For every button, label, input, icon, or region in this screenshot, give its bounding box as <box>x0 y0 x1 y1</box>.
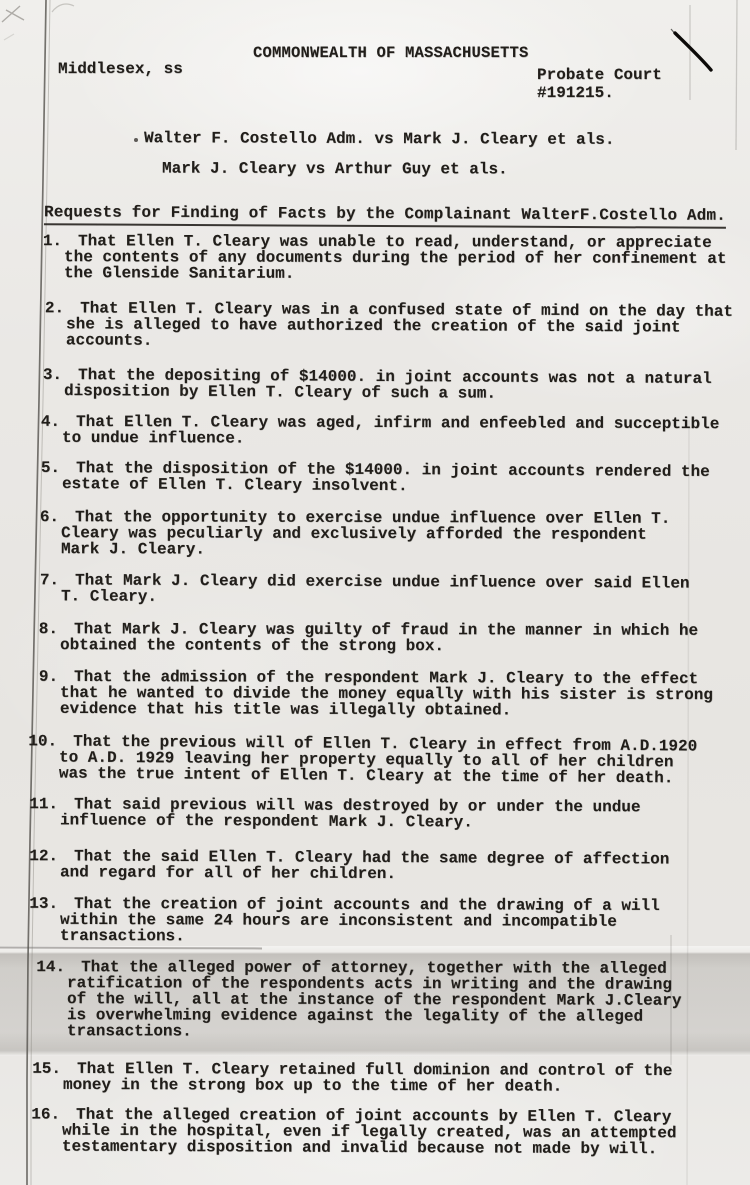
finding-item: 16.That the alleged creation of joint ac… <box>22 1107 744 1158</box>
finding-line: That Mark J. Cleary did exercise undue i… <box>61 573 743 592</box>
finding-number: 9. <box>20 670 58 686</box>
finding-item: 8.That Mark J. Cleary was guilty of frau… <box>20 622 742 656</box>
finding-line: the Glenside Sanitarium. <box>64 266 746 284</box>
finding-number: 6. <box>21 510 59 526</box>
finding-number: 13. <box>20 897 58 913</box>
finding-item: 10.That the previous will of Ellen T. Cl… <box>19 734 741 787</box>
finding-item: 13.That the creation of joint accounts a… <box>20 897 742 947</box>
finding-number: 4. <box>22 415 60 431</box>
document-page: COMMONWEALTH OF MASSACHUSETTS Middlesex,… <box>0 0 750 1185</box>
finding-number: 7. <box>21 573 59 589</box>
pencil-scribble-small <box>4 34 14 40</box>
finding-number: 15. <box>23 1062 61 1078</box>
document-title: COMMONWEALTH OF MASSACHUSETTS <box>253 44 529 62</box>
finding-number: 2. <box>26 301 64 317</box>
docket-number: #191215. <box>537 84 614 102</box>
finding-item: 3.That the depositing of $14000. in join… <box>24 368 746 404</box>
stray-ink-dot <box>134 138 138 142</box>
pencil-scribble <box>2 6 24 22</box>
court-label: Probate Court <box>537 66 662 84</box>
pencil-scribble-curve <box>52 4 74 12</box>
finding-line: testamentary disposition and invalid bec… <box>62 1139 744 1158</box>
finding-item: 9.That the admission of the respondent M… <box>20 670 742 720</box>
finding-number: 14. <box>27 960 65 976</box>
finding-line: was the true intent of Ellen T. Cleary a… <box>59 766 741 787</box>
fold-crease-line <box>0 947 262 950</box>
finding-number: 16. <box>22 1107 60 1123</box>
finding-number: 5. <box>22 461 60 477</box>
finding-item: 2.That Ellen T. Cleary was in a confused… <box>26 301 748 352</box>
finding-item: 14.That the alleged power of attorney, t… <box>27 960 749 1041</box>
finding-item: 4.That Ellen T. Cleary was aged, infirm … <box>22 415 744 449</box>
finding-item: 11.That said previous will was destroyed… <box>20 797 742 833</box>
finding-number: 11. <box>20 797 58 813</box>
pen-mark <box>675 33 711 70</box>
pen-mark-tail <box>671 29 677 36</box>
finding-item: 5.That the disposition of the $14000. in… <box>22 461 744 497</box>
finding-item: 15.That Ellen T. Cleary retained full do… <box>23 1062 745 1096</box>
finding-number: 10. <box>19 734 57 750</box>
finding-line: to undue influence. <box>62 431 744 449</box>
finding-item: 7.That Mark J. Cleary did exercise undue… <box>21 573 743 609</box>
finding-line: money in the strong box up to the time o… <box>63 1078 745 1096</box>
finding-line: transactions. <box>67 1024 749 1042</box>
finding-line: obtained the contents of the strong box. <box>60 638 742 656</box>
finding-line: Mark J. Cleary. <box>61 542 743 560</box>
finding-number: 1. <box>24 234 62 250</box>
finding-item: 1.That Ellen T. Cleary was unable to rea… <box>24 234 746 284</box>
section-heading: Requests for Finding of Facts by the Com… <box>44 203 726 229</box>
finding-number: 3. <box>24 368 62 384</box>
county-label: Middlesex, ss <box>58 60 183 78</box>
finding-line: transactions. <box>60 929 742 947</box>
case-caption-1: Walter F. Costello Adm. vs Mark J. Clear… <box>144 129 615 149</box>
finding-number: 8. <box>20 622 58 638</box>
right-edge-line <box>736 0 737 150</box>
case-caption-2: Mark J. Cleary vs Arthur Guy et als. <box>162 160 508 179</box>
finding-line: evidence that his title was illegally ob… <box>60 702 742 720</box>
finding-item: 12.That the said Ellen T. Cleary had the… <box>20 849 742 885</box>
finding-line: she is alleged to have authorized the cr… <box>66 317 748 336</box>
finding-item: 6.That the opportunity to exercise undue… <box>21 510 743 560</box>
finding-number: 12. <box>20 849 58 865</box>
